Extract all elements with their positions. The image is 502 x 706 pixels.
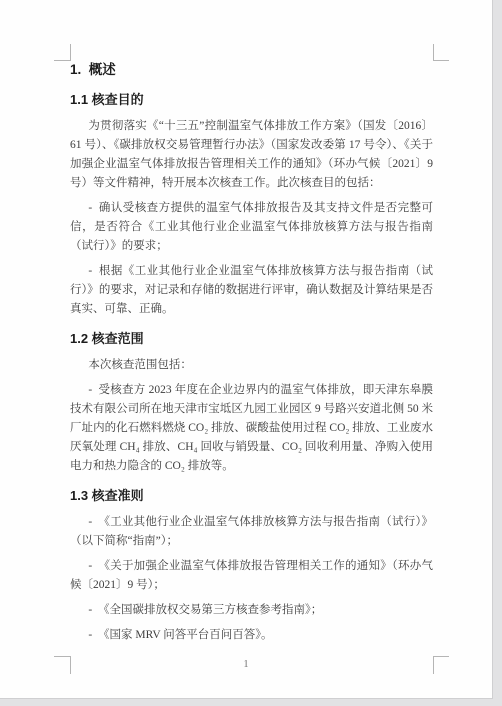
heading-verification-scope: 1.2 核查范围 <box>70 329 433 348</box>
bullet-purpose-1: - 确认受核查方提供的温室气体排放报告及其支持文件是否完整可信，是否符合《工业其… <box>70 199 433 256</box>
document-page[interactable]: 1. 概述 1.1 核查目的 为贯彻落实《“十三五”控制温室气体排放工作方案》（… <box>0 0 493 699</box>
bullet-scope-1: - 受核查方 2023 年度在企业边界内的温室气体排放，即天津东皋膜技术有限公司… <box>70 381 433 476</box>
heading-verification-criteria: 1.3 核查准则 <box>70 486 433 505</box>
page-number: 1 <box>0 659 492 670</box>
crop-mark-top-right-icon <box>433 44 449 61</box>
page-content: 1. 概述 1.1 核查目的 为贯彻落实《“十三五”控制温室气体排放工作方案》（… <box>70 60 433 651</box>
heading-overview: 1. 概述 <box>70 60 433 79</box>
crop-mark-top-left-icon <box>54 44 71 61</box>
bullet-criteria-1: - 《工业其他行业企业温室气体排放核算方法与报告指南（试行）》（以下简称“指南”… <box>70 513 433 551</box>
bullet-criteria-3: - 《全国碳排放权交易第三方核查参考指南》； <box>70 601 433 620</box>
bullet-criteria-4: - 《国家 MRV 问答平台百问百答》。 <box>70 626 433 645</box>
heading-verification-purpose: 1.1 核查目的 <box>70 90 433 109</box>
bullet-criteria-2: - 《关于加强企业温室气体排放报告管理相关工作的通知》（环办气候〔2021〕9 … <box>70 557 433 595</box>
paragraph-scope-intro: 本次核查范围包括： <box>70 356 433 375</box>
paragraph-purpose-intro: 为贯彻落实《“十三五”控制温室气体排放工作方案》（国发〔2016〕61 号）、《… <box>70 117 433 193</box>
bullet-purpose-2: - 根据《工业其他行业企业温室气体排放核算方法与报告指南（试行）》的要求，对记录… <box>70 262 433 319</box>
document-viewer: 1. 概述 1.1 核查目的 为贯彻落实《“十三五”控制温室气体排放工作方案》（… <box>0 0 502 706</box>
